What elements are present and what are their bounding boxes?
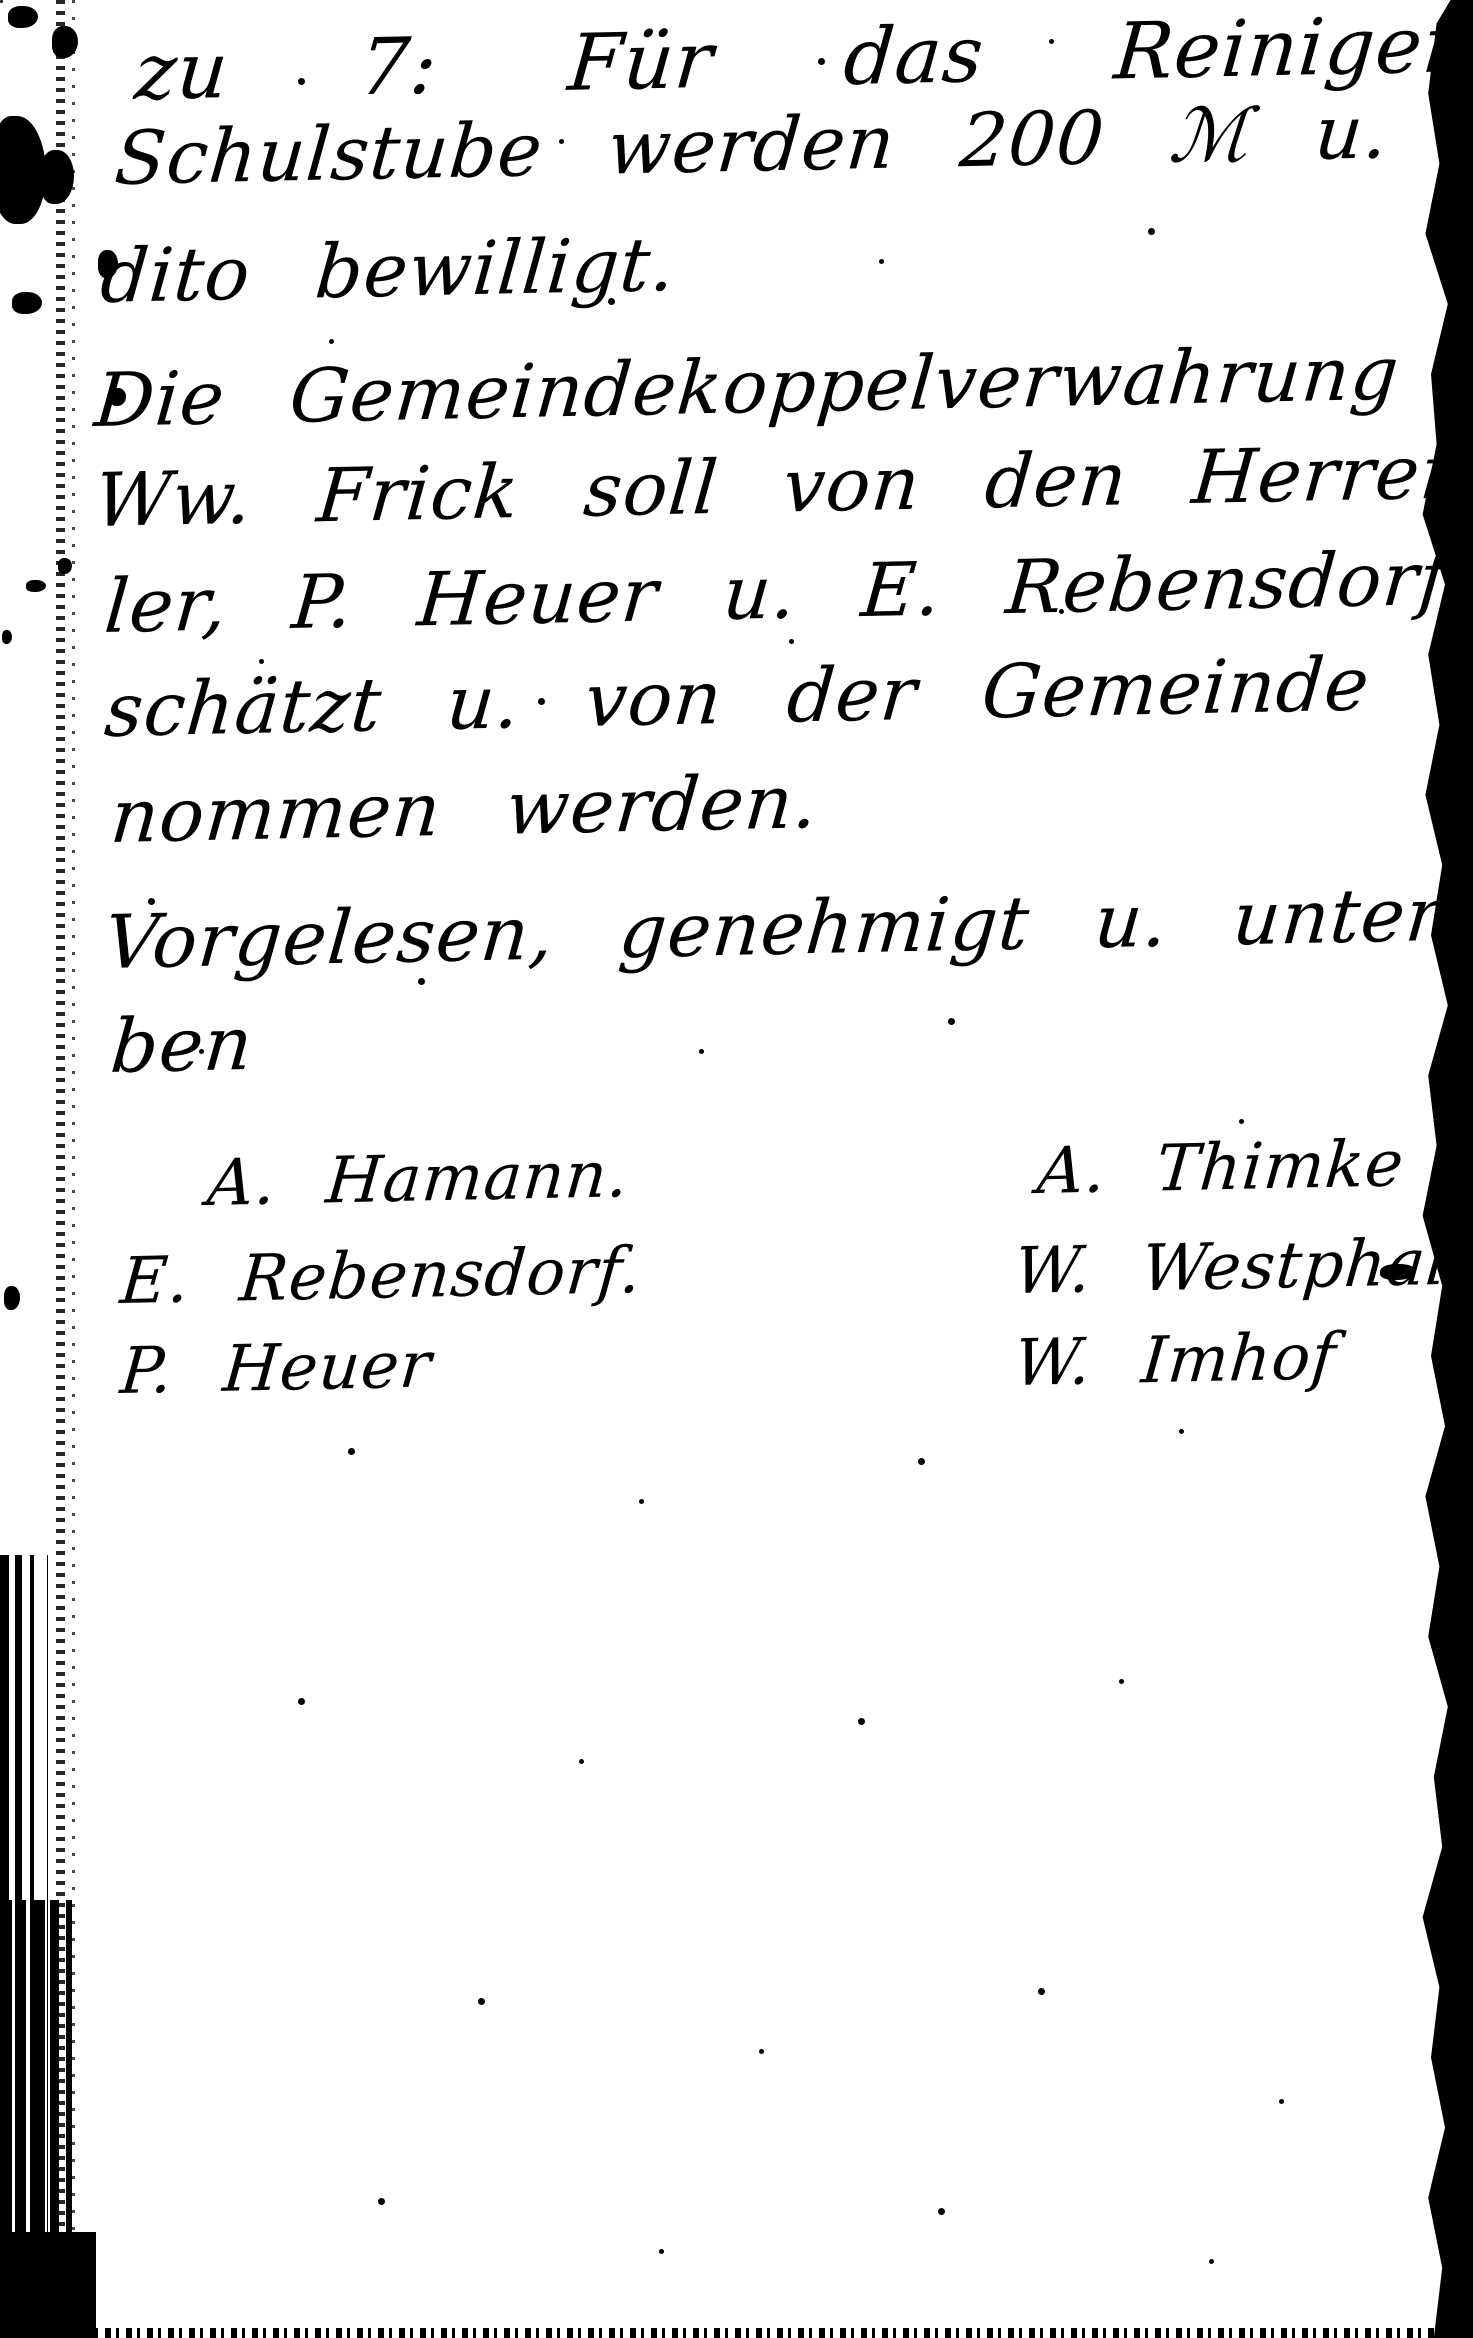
manuscript-line-3: dito bewilligt. [98,228,678,314]
manuscript-line-4: Die Gemeindekoppelverwahrung der [92,332,1473,438]
manuscript-line-6: ler, P. Heuer u. E. Rebensdorf ab- [102,538,1473,644]
scanned-manuscript-page: zu 7: Für das Reinigen der Schulstube we… [0,0,1473,2338]
signature-left-3: P. Heuer [118,1333,434,1404]
bottom-edge-speckle-line-artifact [0,2328,1473,2338]
signature-left-2: E. Rebensdorf. [118,1239,644,1314]
ink-blot-artifact [8,6,38,28]
manuscript-line-5: Ww. Frick soll von den Herren P. Mül- [92,427,1473,538]
left-binding-streaks-artifact [0,2232,96,2338]
manuscript-line-9: Vorgelesen, genehmigt u. unterschrie- [102,872,1473,980]
signature-left-1: A. Hamann. [205,1143,632,1216]
ink-blot-artifact [26,580,46,592]
manuscript-line-7: schätzt u. von der Gemeinde über- [102,642,1473,748]
paper-specks-artifact [0,0,3,3]
ink-blot-artifact [12,292,42,314]
signature-right-1: A. Thimke [1035,1132,1407,1204]
manuscript-line-8: nommen werden. [108,765,821,854]
manuscript-line-10: ben [108,1007,256,1084]
signature-right-3: W. Imhof [1012,1325,1339,1396]
ink-blot-artifact [2,630,12,644]
ink-blot-artifact [4,1286,20,1310]
left-margin-dashed-line-artifact [72,0,75,2338]
